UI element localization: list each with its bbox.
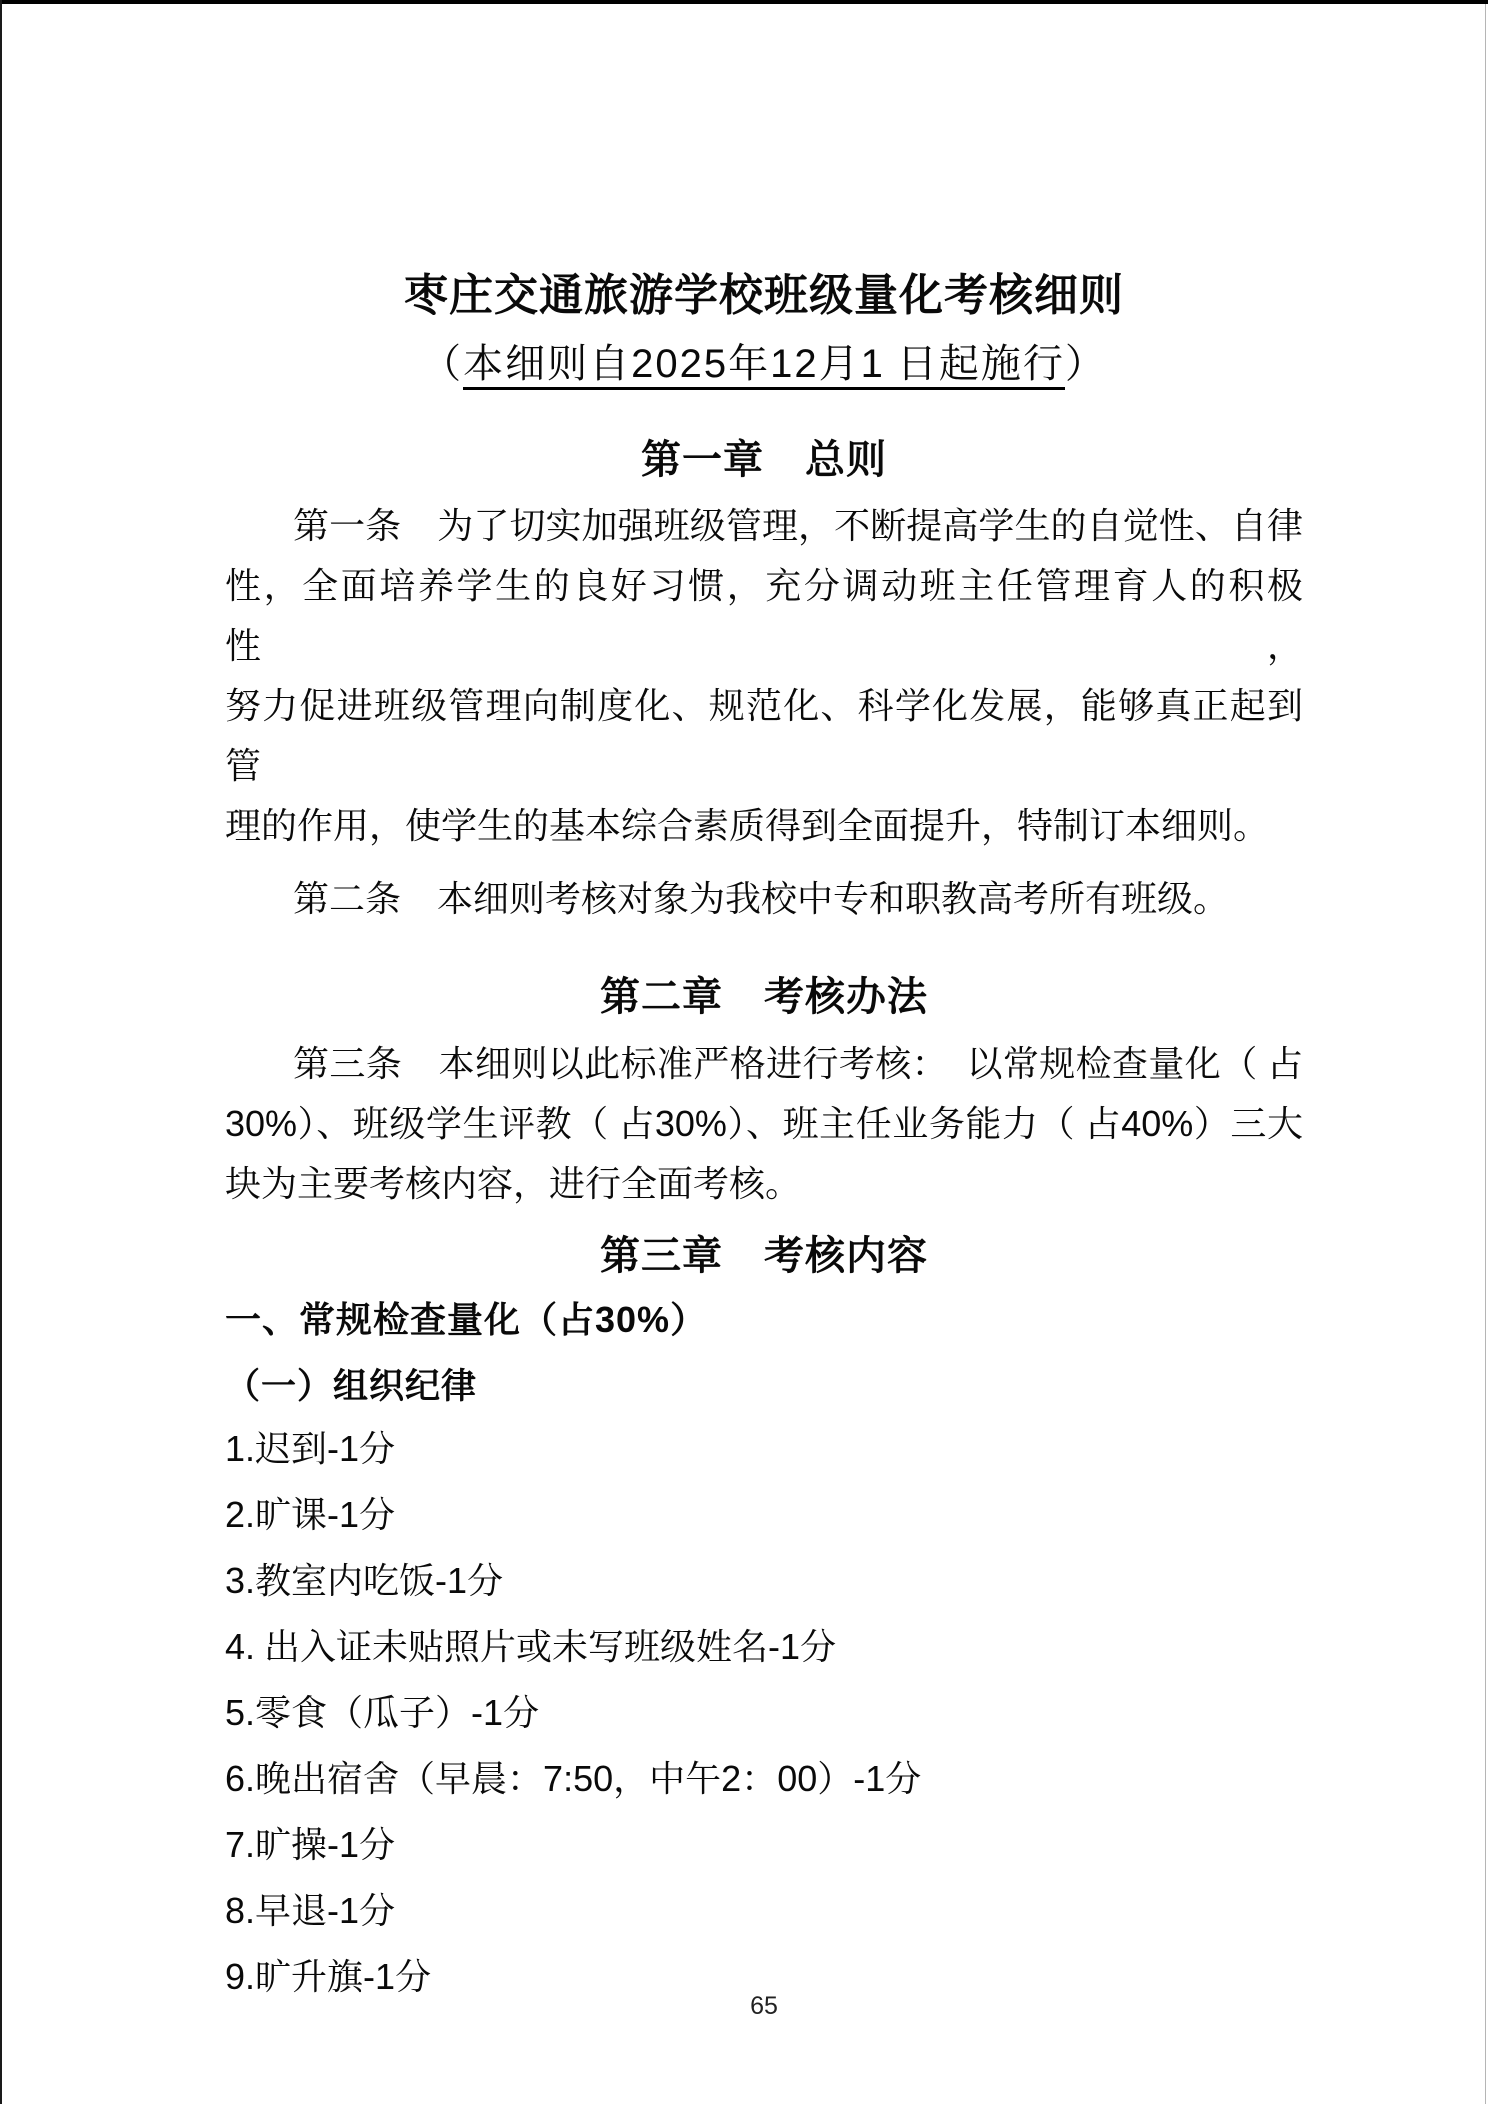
list-item: 6.晚出宿舍（早晨：7:50，中午2：00）-1分 (225, 1746, 1303, 1812)
list-item: 4. 出入证未贴照片或未写班级姓名-1分 (225, 1614, 1303, 1680)
subtitle-underlined-text: 本细则自2025年12月1 日起施行 (463, 341, 1065, 390)
discipline-item-list: 1.迟到-1分 2.旷课-1分 3.教室内吃饭-1分 4. 出入证未贴照片或未写… (225, 1416, 1303, 2010)
subtitle: （本细则自2025年12月1 日起施行） (225, 338, 1303, 390)
chapter-3-heading: 第三章 考核内容 (225, 1228, 1303, 1284)
paragraph-line: 第二条 本细则考核对象为我校中专和职教高考所有班级。 (225, 869, 1303, 929)
list-item: 8.早退-1分 (225, 1878, 1303, 1944)
paragraph-line: 块为主要考核内容，进行全面考核。 (225, 1154, 1303, 1214)
subtitle-open-paren: （ (421, 341, 463, 386)
paragraph-line: 努力促进班级管理向制度化、规范化、科学化发展，能够真正起到管 (225, 676, 1303, 796)
paragraph-line: 理的作用，使学生的基本综合素质得到全面提升，特制订本细则。 (225, 796, 1303, 856)
subtitle-close-paren: ） (1065, 341, 1107, 386)
paragraph-line: 30%）、班级学生评教（ 占30%）、班主任业务能力（ 占40%）三大 (225, 1094, 1303, 1154)
article-3-paragraph: 第三条 本细则以此标准严格进行考核： 以常规检查量化（ 占 30%）、班级学生评… (225, 1034, 1303, 1214)
article-1-paragraph: 第一条 为了切实加强班级管理，不断提高学生的自觉性、自律 性，全面培养学生的良好… (225, 496, 1303, 856)
list-item: 3.教室内吃饭-1分 (225, 1548, 1303, 1614)
list-item: 1.迟到-1分 (225, 1416, 1303, 1482)
chapter-2-heading: 第二章 考核办法 (225, 969, 1303, 1025)
page-number: 65 (225, 1992, 1303, 2021)
list-item: 7.旷操-1分 (225, 1812, 1303, 1878)
list-item: 5.零食（瓜子）-1分 (225, 1680, 1303, 1746)
paragraph-line: 第三条 本细则以此标准严格进行考核： 以常规检查量化（ 占 (225, 1034, 1303, 1094)
document-content: 枣庄交通旅游学校班级量化考核细则 （本细则自2025年12月1 日起施行） 第一… (0, 268, 1488, 2010)
section-1-heading: 一、常规检查量化（占30%） (225, 1292, 1303, 1348)
article-2-paragraph: 第二条 本细则考核对象为我校中专和职教高考所有班级。 (225, 869, 1303, 929)
document-page: 枣庄交通旅游学校班级量化考核细则 （本细则自2025年12月1 日起施行） 第一… (0, 0, 1488, 2104)
page-title: 枣庄交通旅游学校班级量化考核细则 (225, 268, 1303, 324)
list-item: 2.旷课-1分 (225, 1482, 1303, 1548)
paragraph-line: 第一条 为了切实加强班级管理，不断提高学生的自觉性、自律 (225, 496, 1303, 556)
chapter-1-heading: 第一章 总则 (225, 432, 1303, 488)
subsection-1-heading: （一）组织纪律 (225, 1359, 1303, 1415)
paragraph-line: 性，全面培养学生的良好习惯，充分调动班主任管理育人的积极性， (225, 556, 1303, 676)
top-border-bar (0, 0, 1488, 4)
